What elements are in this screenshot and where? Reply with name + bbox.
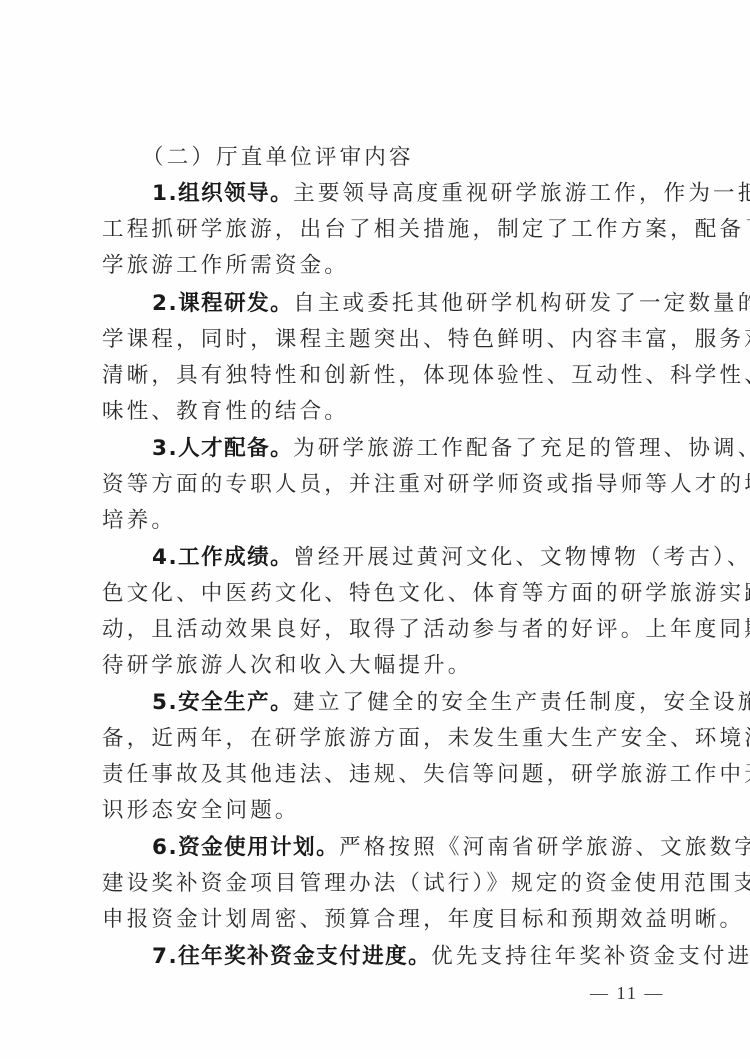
item-5-line: 识形态安全问题。 <box>102 793 672 829</box>
item-2-title: 2.课程研发。 <box>152 291 293 316</box>
item-1-title: 1.组织领导。 <box>152 181 293 206</box>
item-6-first-line: 6.资金使用计划。严格按照《河南省研学旅游、文旅数字化 <box>152 830 722 866</box>
item-5-title: 5.安全生产。 <box>152 690 293 715</box>
item-3-first-line: 3.人才配备。为研学旅游工作配备了充足的管理、协调、师 <box>152 431 722 467</box>
document-page: （二）厅直单位评审内容 1.组织领导。主要领导高度重视研学旅游工作，作为一把手 … <box>0 0 750 1059</box>
item-6-text: 严格按照《河南省研学旅游、文旅数字化 <box>339 835 750 860</box>
item-3-line: 资等方面的专职人员，并注重对研学师资或指导师等人才的培训 <box>102 467 672 503</box>
item-5-first-line: 5.安全生产。建立了健全的安全生产责任制度，安全设施完 <box>152 685 722 721</box>
item-3-text: 为研学旅游工作配备了充足的管理、协调、师 <box>293 436 750 461</box>
item-2-line: 清晰，具有独特性和创新性，体现体验性、互动性、科学性、趣 <box>102 358 672 394</box>
item-3-line: 培养。 <box>102 503 672 539</box>
item-4-line: 色文化、中医药文化、特色文化、体育等方面的研学旅游实践活 <box>102 576 672 612</box>
item-2-line: 学课程，同时，课程主题突出、特色鲜明、内容丰富，服务对象 <box>102 322 672 358</box>
item-1-text: 主要领导高度重视研学旅游工作，作为一把手 <box>293 181 750 206</box>
item-4-title: 4.工作成绩。 <box>152 545 293 570</box>
page-number: — 11 — <box>590 983 664 1004</box>
item-7-first-line: 7.往年奖补资金支付进度。优先支持往年奖补资金支付进度 <box>152 939 722 975</box>
item-4-line: 动，且活动效果良好，取得了活动参与者的好评。上年度同期接 <box>102 612 672 648</box>
item-7-text: 优先支持往年奖补资金支付进度 <box>431 944 750 969</box>
item-1-line: 学旅游工作所需资金。 <box>102 248 672 284</box>
item-3-title: 3.人才配备。 <box>152 436 293 461</box>
item-2-line: 味性、教育性的结合。 <box>102 394 672 430</box>
item-2-text: 自主或委托其他研学机构研发了一定数量的研 <box>293 291 750 316</box>
item-4-first-line: 4.工作成绩。曾经开展过黄河文化、文物博物（考古）、红 <box>152 540 722 576</box>
item-4-line: 待研学旅游人次和收入大幅提升。 <box>102 648 672 684</box>
item-6-line: 申报资金计划周密、预算合理，年度目标和预期效益明晰。 <box>102 902 672 938</box>
item-7-title: 7.往年奖补资金支付进度。 <box>152 944 431 969</box>
item-5-line: 备，近两年，在研学旅游方面，未发生重大生产安全、环境污染 <box>102 721 672 757</box>
item-6-line: 建设奖补资金项目管理办法（试行）》规定的资金使用范围支出， <box>102 866 672 902</box>
item-5-text: 建立了健全的安全生产责任制度，安全设施完 <box>293 690 750 715</box>
section-heading: （二）厅直单位评审内容 <box>142 140 712 176</box>
item-1-line: 工程抓研学旅游，出台了相关措施，制定了工作方案，配备了研 <box>102 212 672 248</box>
item-1-first-line: 1.组织领导。主要领导高度重视研学旅游工作，作为一把手 <box>152 176 722 212</box>
item-5-line: 责任事故及其他违法、违规、失信等问题，研学旅游工作中无意 <box>102 757 672 793</box>
item-6-title: 6.资金使用计划。 <box>152 835 339 860</box>
item-2-first-line: 2.课程研发。自主或委托其他研学机构研发了一定数量的研 <box>152 286 722 322</box>
item-4-text: 曾经开展过黄河文化、文物博物（考古）、红 <box>293 545 750 570</box>
